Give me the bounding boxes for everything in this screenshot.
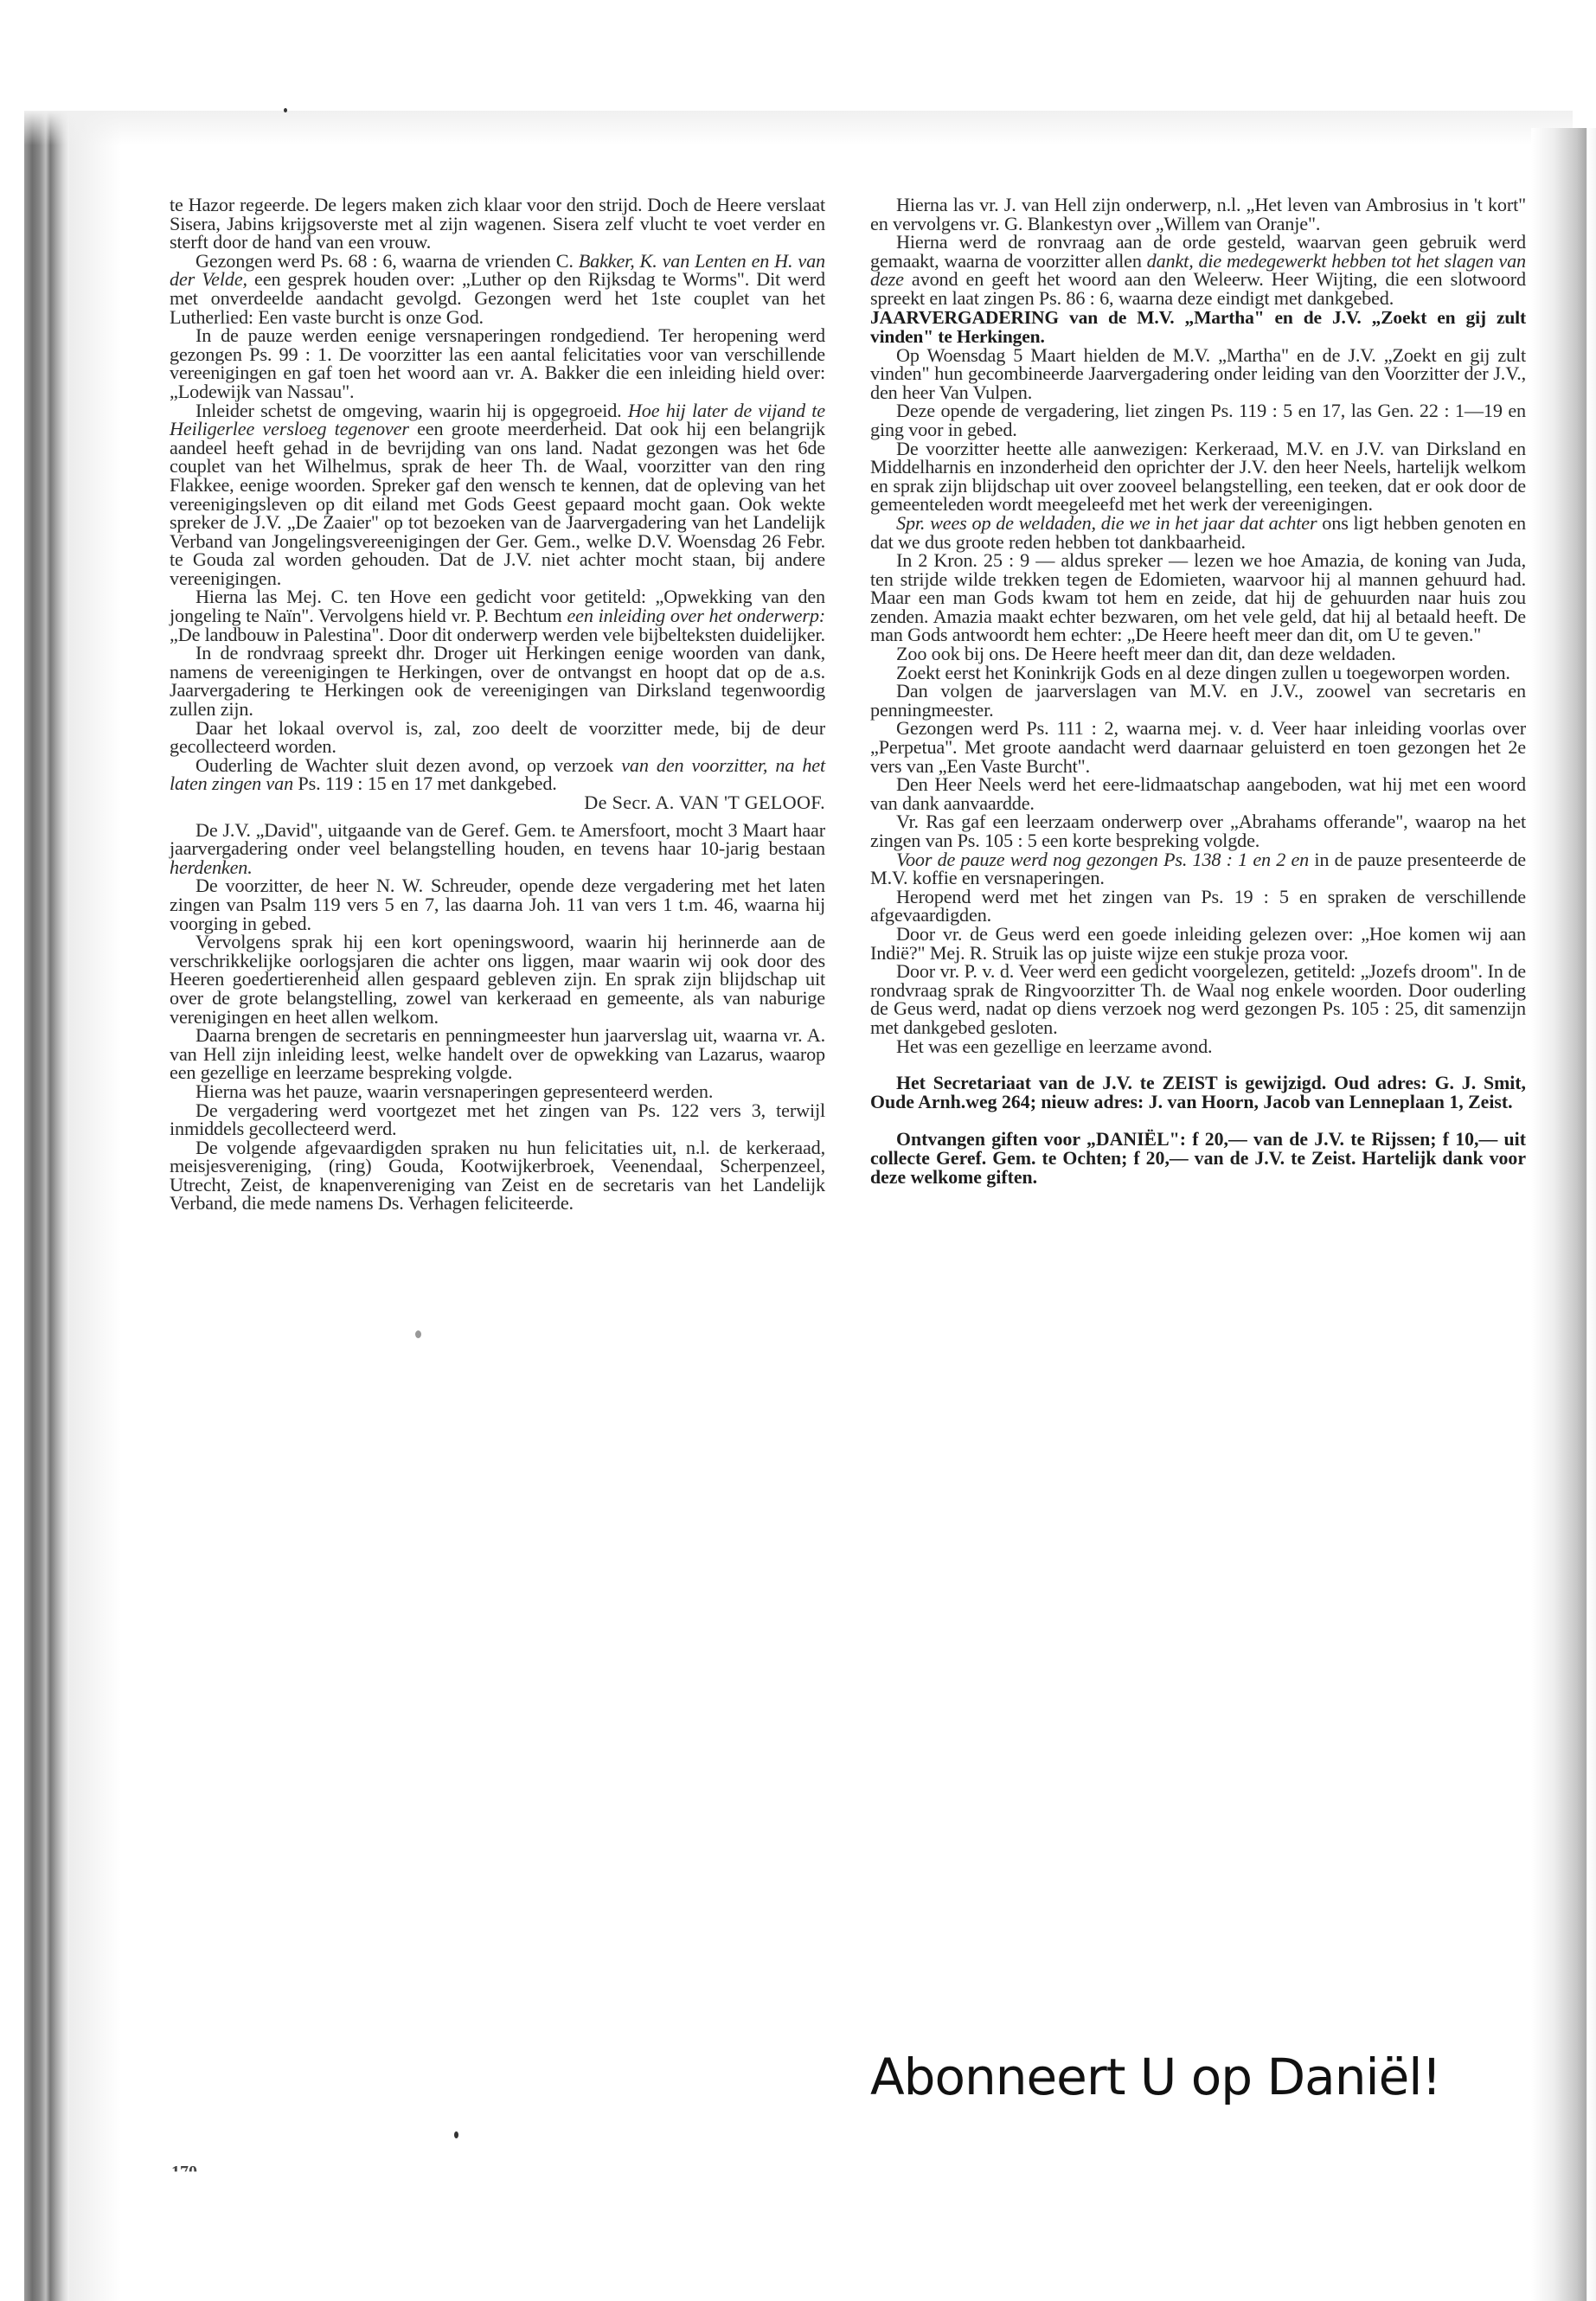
article-heading: JAARVERGADERING van de M.V. „Martha" en … xyxy=(870,308,1526,346)
paragraph: Gezongen werd Ps. 111 : 2, waarna mej. v… xyxy=(870,719,1526,775)
text-run: De J.V. „David", uitgaande van de Geref.… xyxy=(170,819,825,860)
paragraph: Door vr. de Geus werd een goede inleidin… xyxy=(870,925,1526,962)
paragraph: Ouderling de Wachter sluit dezen avond, … xyxy=(170,756,825,793)
spacer xyxy=(870,1112,1526,1131)
notice-donations: Ontvangen giften voor „DANIËL": f 20,— v… xyxy=(870,1131,1526,1187)
paragraph: Dan volgen de jaarverslagen van M.V. en … xyxy=(870,682,1526,719)
paragraph: In de rondvraag spreekt dhr. Droger uit … xyxy=(170,644,825,718)
paragraph: Hierna werd de ronvraag aan de orde gest… xyxy=(870,233,1526,307)
paragraph: In de pauze werden eenige versnaperingen… xyxy=(170,326,825,401)
paragraph: Deze opende de vergadering, liet zingen … xyxy=(870,401,1526,439)
paragraph: Heropend werd met het zingen van Ps. 19 … xyxy=(870,888,1526,925)
right-column: Hierna las vr. J. van Hell zijn onderwer… xyxy=(870,195,1526,1187)
paragraph: De voorzitter heette alle aanwezigen: Ke… xyxy=(870,439,1526,514)
paragraph: Op Woensdag 5 Maart hielden de M.V. „Mar… xyxy=(870,346,1526,402)
paragraph: In 2 Kron. 25 : 9 — aldus spreker — leze… xyxy=(870,551,1526,644)
page-top-shade xyxy=(24,111,1573,145)
paragraph: Het was een gezellige en leerzame avond. xyxy=(870,1037,1526,1056)
paragraph: Voor de pauze werd nog gezongen Ps. 138 … xyxy=(870,850,1526,888)
paragraph: Hierna las Mej. C. ten Hove een gedicht … xyxy=(170,587,825,644)
notice-secretariat-change: Het Secretariaat van de J.V. te ZEIST is… xyxy=(870,1074,1526,1112)
print-speck xyxy=(454,2131,458,2138)
subscribe-slogan: Abonneert U op Daniël! xyxy=(870,2048,1528,2106)
text-run: een gesprek houden over: „Luther op den … xyxy=(170,268,825,327)
left-column: te Hazor regeerde. De legers maken zich … xyxy=(170,195,825,1213)
paragraph: Gezongen werd Ps. 68 : 6, waarna de vrie… xyxy=(170,252,825,326)
paragraph: Daarna brengen de secretaris en penningm… xyxy=(170,1026,825,1082)
paragraph: Vr. Ras gaf een leerzaam onderwerp over … xyxy=(870,812,1526,849)
paragraph: Daar het lokaal overvol is, zal, zoo dee… xyxy=(170,719,825,756)
print-speck xyxy=(415,1330,421,1338)
paragraph: De vergadering werd voortgezet met het z… xyxy=(170,1101,825,1138)
page-gutter-shade xyxy=(69,111,121,2301)
paragraph: Den Heer Neels werd het eere-lidmaatscha… xyxy=(870,775,1526,812)
text-run: avond en geeft het woord aan den Weleerw… xyxy=(870,268,1526,309)
print-speck xyxy=(284,108,287,112)
spacer xyxy=(870,1055,1526,1074)
paragraph: Zoo ook bij ons. De Heere heeft meer dan… xyxy=(870,644,1526,663)
paragraph: Zoekt eerst het Koninkrijk Gods en al de… xyxy=(870,663,1526,683)
text-run: een groote meerderheid. Dat ook hij een … xyxy=(170,418,825,589)
paragraph: De J.V. „David", uitgaande van de Geref.… xyxy=(170,821,825,877)
page-right-edge-shadow xyxy=(1531,128,1596,2301)
signature: De Secr. A. VAN 'T GELOOF. xyxy=(170,793,825,812)
book-binding-shadow xyxy=(24,111,69,2301)
paragraph: Door vr. P. v. d. Veer werd een gedicht … xyxy=(870,962,1526,1036)
page-number: 170 xyxy=(171,2163,197,2182)
paragraph: Spr. wees op de weldaden, die we in het … xyxy=(870,514,1526,551)
paragraph: De volgende afgevaardigden spraken nu hu… xyxy=(170,1138,825,1213)
paragraph: Hierna las vr. J. van Hell zijn onderwer… xyxy=(870,195,1526,233)
text-run: Ps. 119 : 15 en 17 met dankgebed. xyxy=(293,772,557,794)
paragraph: Inleider schetst de omgeving, waarin hij… xyxy=(170,401,825,588)
paragraph: te Hazor regeerde. De legers maken zich … xyxy=(170,195,825,252)
paragraph: Hierna was het pauze, waarin versnaperin… xyxy=(170,1082,825,1101)
paragraph: Vervolgens sprak hij een kort openingswo… xyxy=(170,933,825,1026)
paragraph: De voorzitter, de heer N. W. Schreuder, … xyxy=(170,876,825,933)
